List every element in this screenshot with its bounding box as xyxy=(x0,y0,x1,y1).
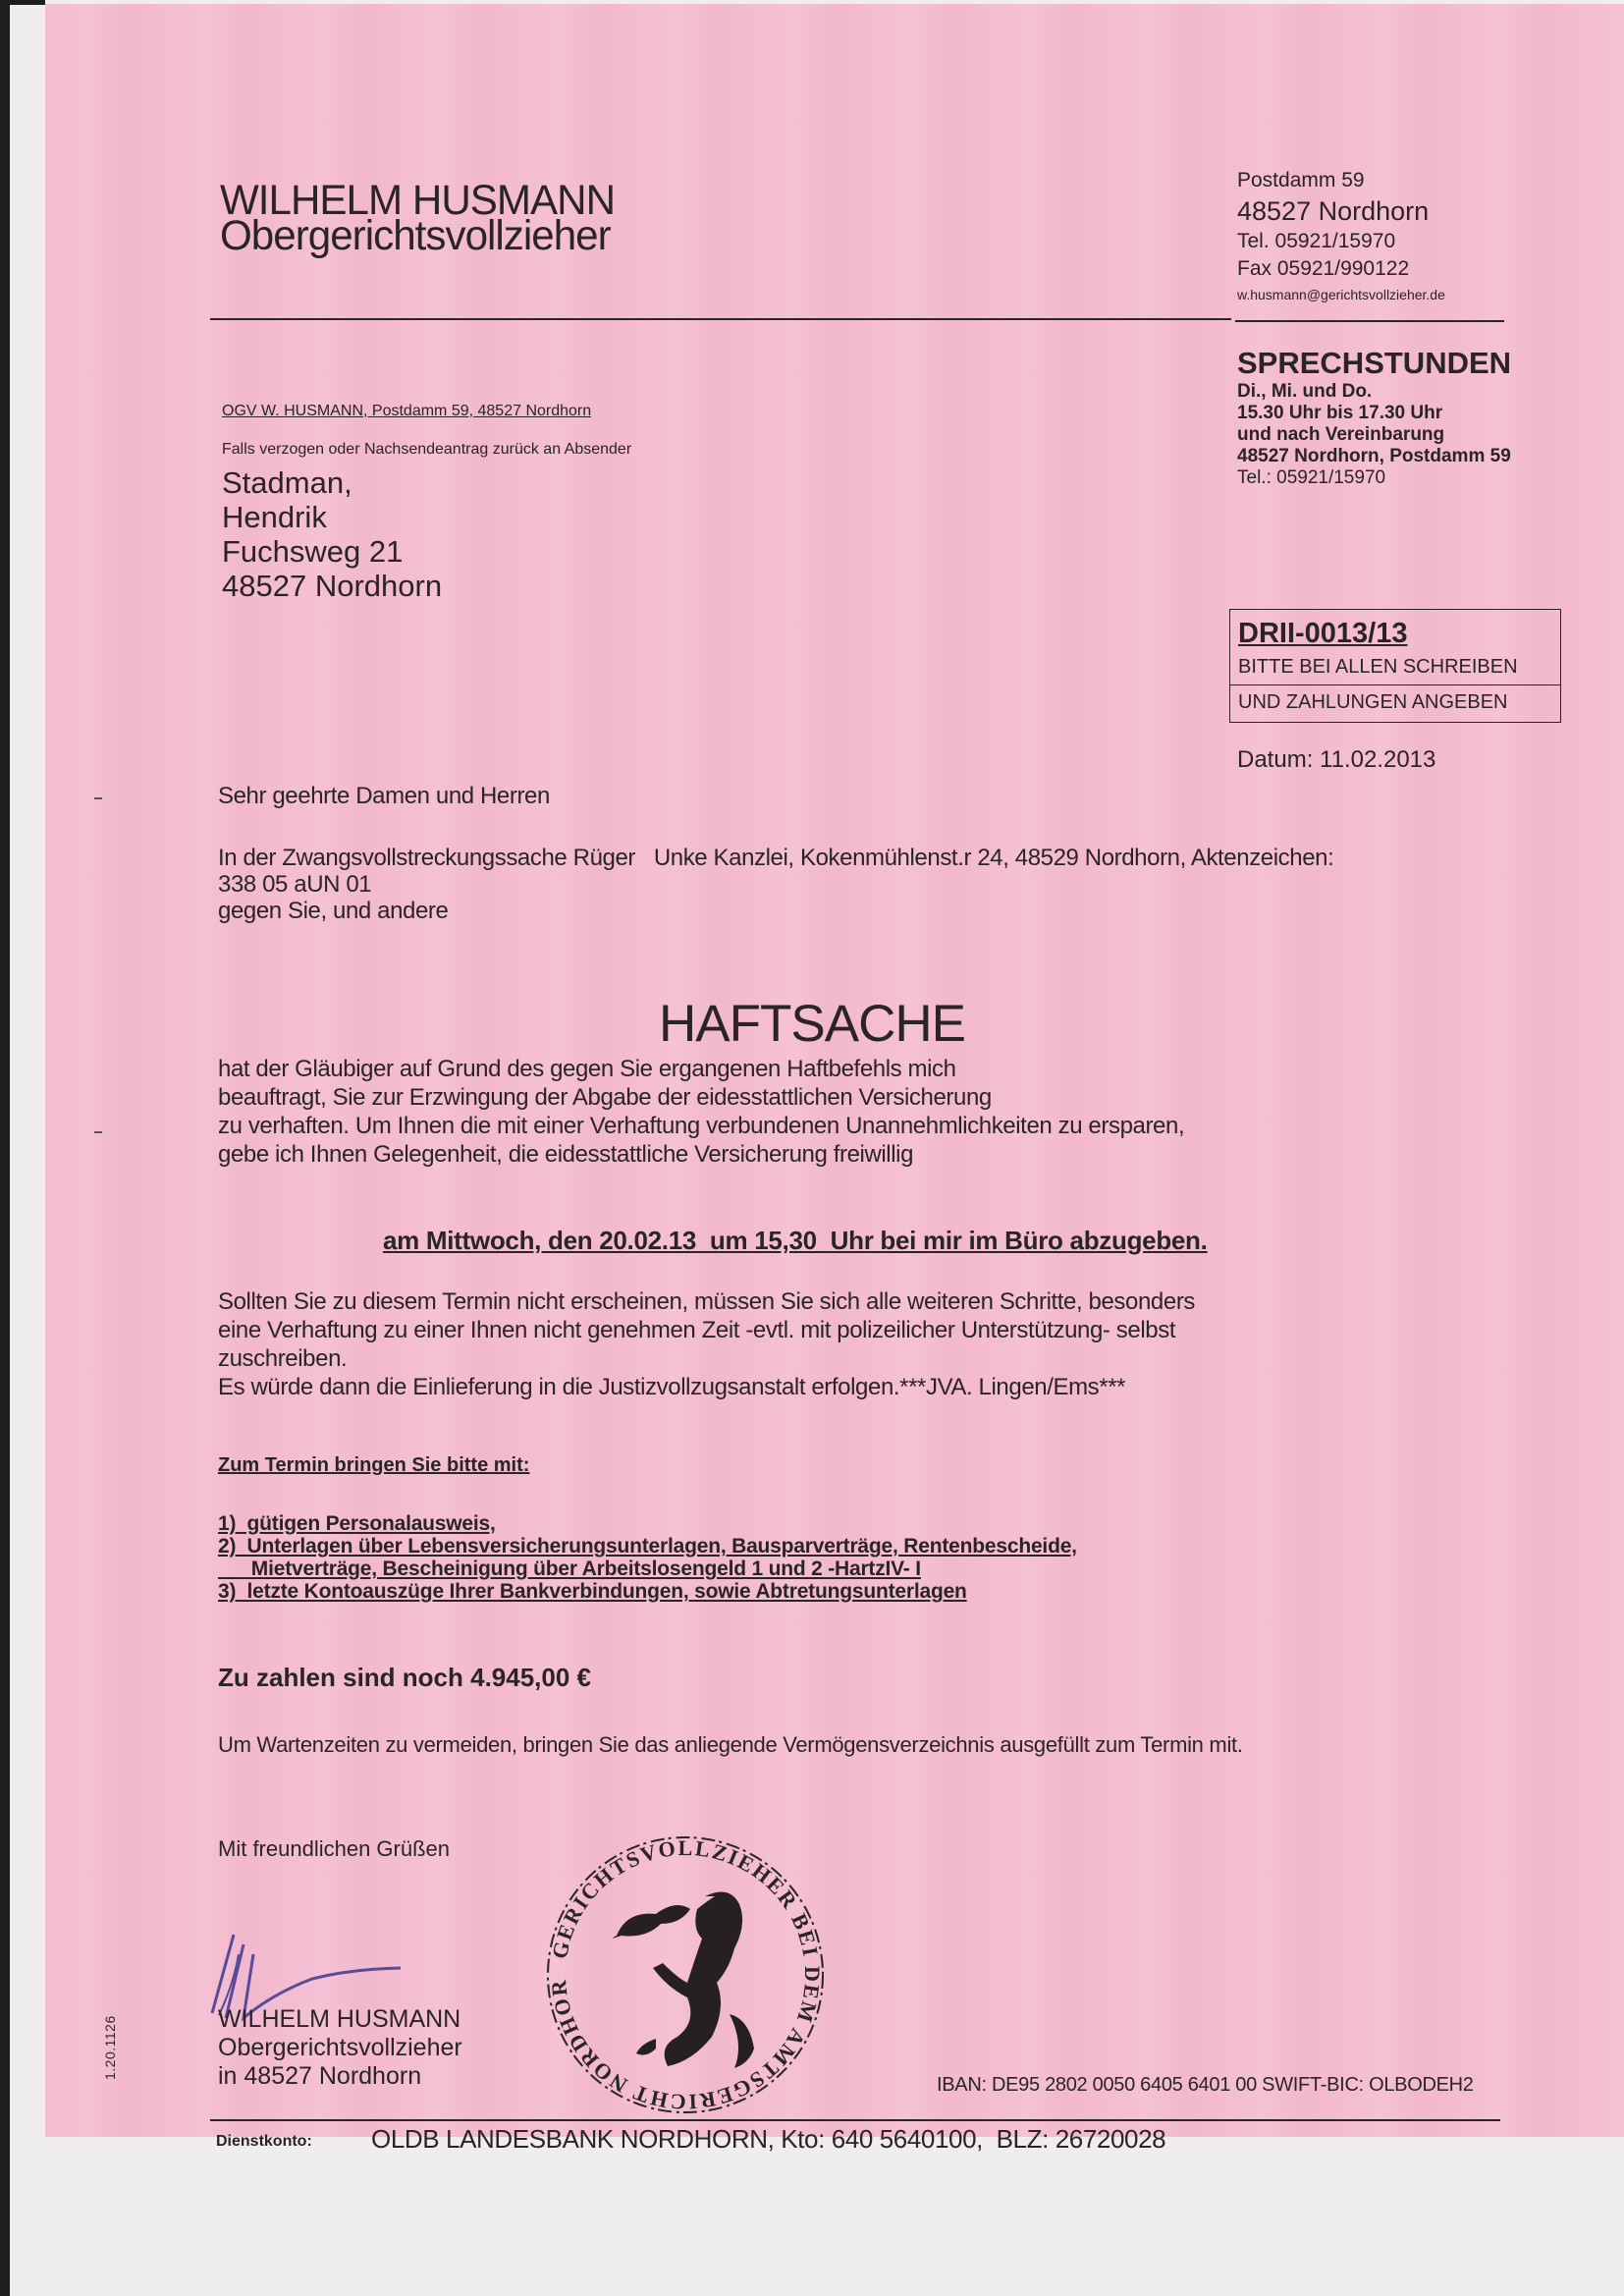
contact-divider xyxy=(1235,320,1504,322)
warning-line: eine Verhaftung zu einer Ihnen nicht gen… xyxy=(218,1316,1195,1344)
salutation: Sehr geehrte Damen und Herren xyxy=(218,783,550,809)
office-hours: SPRECHSTUNDEN Di., Mi. und Do. 15.30 Uhr… xyxy=(1237,346,1511,489)
sender-return-line: OGV W. HUSMANN, Postdamm 59, 48527 Nordh… xyxy=(222,403,591,420)
fold-mark xyxy=(94,797,102,799)
case-line: 338 05 aUN 01 xyxy=(218,871,1333,898)
recipient-address: Stadman, Hendrik Fuchsweg 21 48527 Nordh… xyxy=(222,465,442,603)
svg-text:GERICHTSVOLLZIEHER BEI DEM AMT: GERICHTSVOLLZIEHER BEI DEM AMTSGERICHT N… xyxy=(538,1832,825,2114)
bring-list: 1) gütigen Personalausweis, 2) Unterlage… xyxy=(218,1512,1077,1603)
contact-city: 48527 Nordhorn xyxy=(1237,194,1445,228)
horse-seal-icon xyxy=(613,1892,754,2069)
closing-greeting: Mit freundlichen Grüßen xyxy=(218,1836,450,1862)
reference-number: DRII-0013/13 xyxy=(1238,617,1560,650)
office-hours-times: 15.30 Uhr bis 17.30 Uhr xyxy=(1237,403,1511,424)
fold-mark xyxy=(94,1131,102,1133)
signer-title: Obergerichtsvollzieher xyxy=(218,2034,462,2062)
intro-line: gebe ich Ihnen Gelegenheit, die eidessta… xyxy=(218,1140,1184,1169)
bring-item: 2) Unterlagen über Lebensversicherungsun… xyxy=(218,1535,1077,1558)
recipient-line: 48527 Nordhorn xyxy=(222,569,442,603)
reference-note-2: UND ZAHLUNGEN ANGEBEN xyxy=(1238,685,1560,720)
document-heading: HAFTSACHE xyxy=(0,994,1624,1054)
warning-line: zuschreiben. xyxy=(218,1344,1195,1373)
form-code: 1.20.1126 xyxy=(102,2015,118,2080)
case-line: gegen Sie, und andere xyxy=(218,898,1333,924)
return-note: Falls verzogen oder Nachsendeantrag zurü… xyxy=(222,441,631,459)
recipient-line: Hendrik xyxy=(222,500,442,534)
intro-line: beauftragt, Sie zur Erzwingung der Abgab… xyxy=(218,1083,1184,1112)
official-seal-stamp: GERICHTSVOLLZIEHER BEI DEM AMTSGERICHT N… xyxy=(538,1832,833,2117)
reference-box: DRII-0013/13 BITTE BEI ALLEN SCHREIBEN U… xyxy=(1229,609,1561,723)
bank-account-details: OLDB LANDESBANK NORDHORN, Kto: 640 56401… xyxy=(371,2124,1165,2155)
case-details: In der Zwangsvollstreckungssache Rüger U… xyxy=(218,845,1333,924)
header-divider xyxy=(210,318,1231,320)
amount-due: Zu zahlen sind noch 4.945,00 € xyxy=(218,1663,591,1693)
signer-location: in 48527 Nordhorn xyxy=(218,2062,462,2091)
seal-text: GERICHTSVOLLZIEHER BEI DEM AMTSGERICHT N… xyxy=(538,1832,825,2114)
recipient-line: Fuchsweg 21 xyxy=(222,534,442,569)
signature-block: WILHELM HUSMANN Obergerichtsvollzieher i… xyxy=(218,2005,462,2091)
bring-item: 3) letzte Kontoauszüge Ihrer Bankverbind… xyxy=(218,1580,1077,1603)
contact-fax: Fax 05921/990122 xyxy=(1237,255,1445,283)
case-line: In der Zwangsvollstreckungssache Rüger U… xyxy=(218,845,1333,871)
iban-line: IBAN: DE95 2802 0050 6405 6401 00 SWIFT-… xyxy=(937,2074,1474,2097)
wait-note: Um Wartenzeiten zu vermeiden, bringen Si… xyxy=(218,1732,1243,1758)
office-hours-phone: Tel.: 05921/15970 xyxy=(1237,467,1511,489)
scan-edge xyxy=(0,0,10,2296)
bring-item: Mietverträge, Bescheinigung über Arbeits… xyxy=(218,1558,1077,1580)
letterhead: WILHELM HUSMANN Obergerichtsvollzieher xyxy=(220,183,615,253)
bring-item: 1) gütigen Personalausweis, xyxy=(218,1512,1077,1535)
bank-account-label: Dienstkonto: xyxy=(216,2133,312,2151)
scan-edge-top xyxy=(0,0,45,5)
warning-line: Sollten Sie zu diesem Termin nicht ersch… xyxy=(218,1287,1195,1316)
contact-block: Postdamm 59 48527 Nordhorn Tel. 05921/15… xyxy=(1237,167,1445,306)
intro-line: zu verhaften. Um Ihnen die mit einer Ver… xyxy=(218,1112,1184,1140)
bring-list-title: Zum Termin bringen Sie bitte mit: xyxy=(218,1454,529,1477)
office-hours-days: Di., Mi. und Do. xyxy=(1237,381,1511,403)
office-hours-appointment: und nach Vereinbarung xyxy=(1237,424,1511,446)
intro-line: hat der Gläubiger auf Grund des gegen Si… xyxy=(218,1055,1184,1083)
contact-street: Postdamm 59 xyxy=(1237,167,1445,194)
signer-name: WILHELM HUSMANN xyxy=(218,2005,462,2034)
warning-line: Es würde dann die Einlieferung in die Ju… xyxy=(218,1373,1195,1401)
reference-note-1: BITTE BEI ALLEN SCHREIBEN xyxy=(1230,650,1561,685)
contact-phone: Tel. 05921/15970 xyxy=(1237,228,1445,255)
office-hours-address: 48527 Nordhorn, Postdamm 59 xyxy=(1237,446,1511,467)
intro-paragraph: hat der Gläubiger auf Grund des gegen Si… xyxy=(218,1055,1184,1169)
letter-date: Datum: 11.02.2013 xyxy=(1237,746,1435,774)
office-hours-title: SPRECHSTUNDEN xyxy=(1237,346,1511,381)
contact-email[interactable]: w.husmann@gerichtsvollzieher.de xyxy=(1237,283,1445,306)
recipient-line: Stadman, xyxy=(222,465,442,500)
footer-divider xyxy=(210,2119,1500,2121)
warning-paragraph: Sollten Sie zu diesem Termin nicht ersch… xyxy=(218,1287,1195,1401)
appointment-line: am Mittwoch, den 20.02.13 um 15,30 Uhr b… xyxy=(383,1226,1208,1256)
letterhead-title: Obergerichtsvollzieher xyxy=(220,218,615,253)
